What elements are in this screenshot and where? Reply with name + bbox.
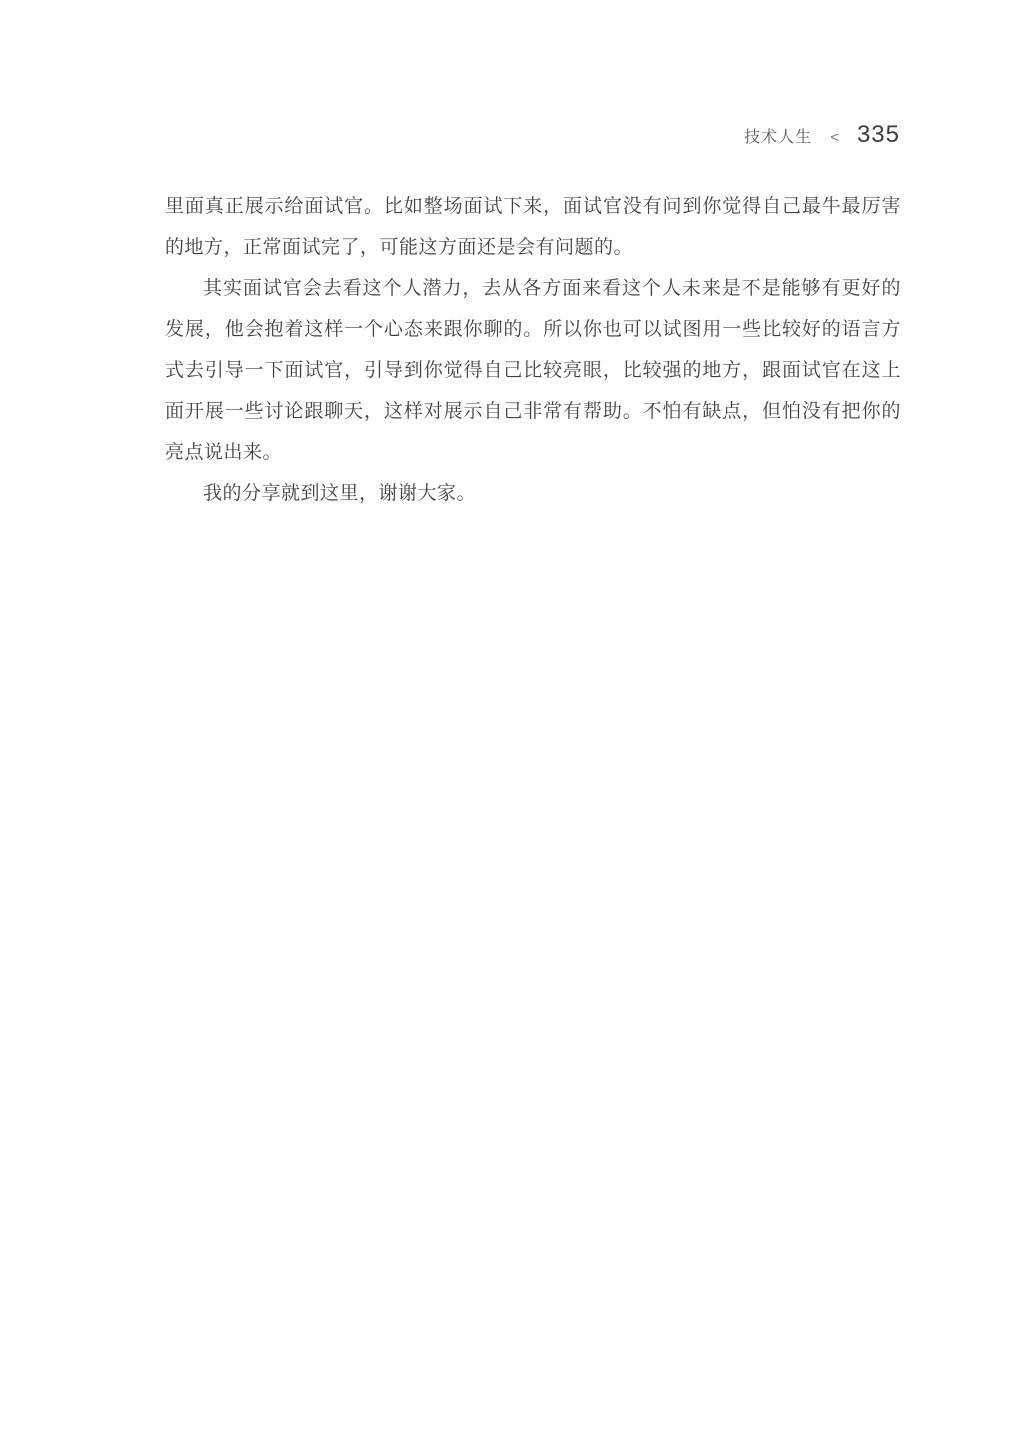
paragraph: 里面真正展示给面试官。比如整场面试下来，面试官没有问到你觉得自己最牛最厉害的地方… xyxy=(165,186,901,268)
paragraph: 我的分享就到这里，谢谢大家。 xyxy=(165,473,901,514)
section-title: 技术人生 xyxy=(744,124,812,147)
running-head: 技术人生 < 335 xyxy=(744,121,900,149)
header-separator: < xyxy=(830,129,839,146)
page-number: 335 xyxy=(857,121,900,149)
paragraph: 其实面试官会去看这个人潜力，去从各方面来看这个人未来是不是能够有更好的发展，他会… xyxy=(165,268,901,473)
book-page: 技术人生 < 335 里面真正展示给面试官。比如整场面试下来，面试官没有问到你觉… xyxy=(0,0,1031,1440)
page-body: 里面真正展示给面试官。比如整场面试下来，面试官没有问到你觉得自己最牛最厉害的地方… xyxy=(165,186,901,514)
